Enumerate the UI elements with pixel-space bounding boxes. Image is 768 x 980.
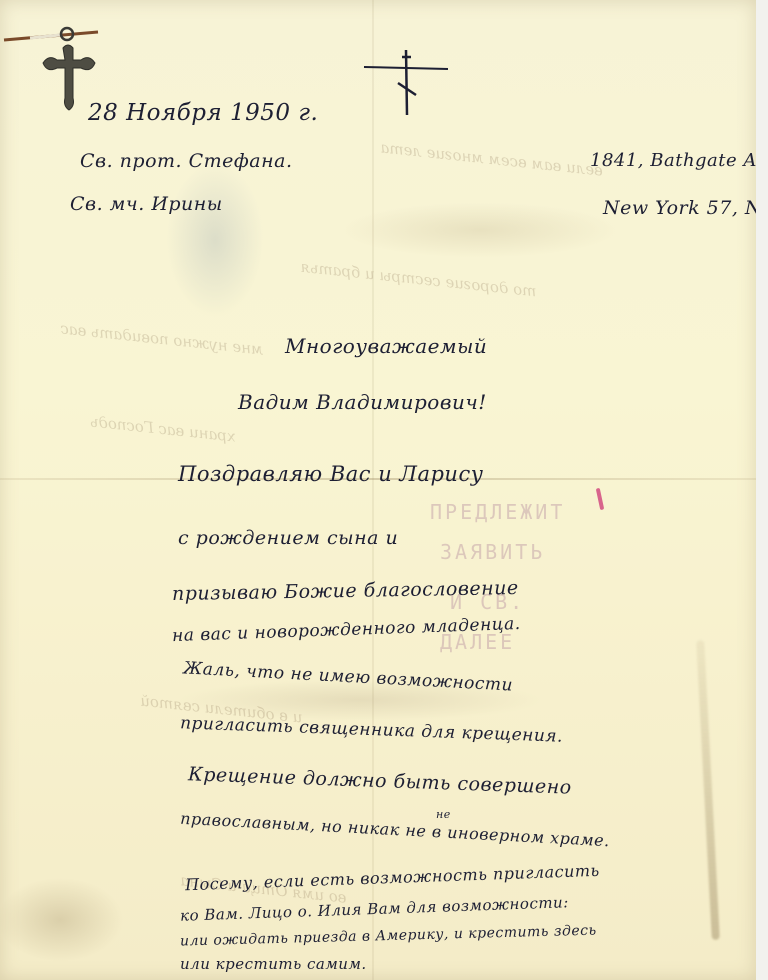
scan-edge [756,0,768,980]
feast-line-2: Св. мч. Ирины [70,193,223,215]
bleed-through-text: вели вам всем многие лета [380,138,604,179]
salutation-line-1: Многоуважаемый [285,334,487,358]
body-line: Крещение должно быть совершено [188,763,572,798]
feast-line-1: Св. прот. Стефана. [80,150,293,172]
salutation-line-2: Вадим Владимирович! [238,390,487,414]
body-line: или крестить самим. [180,955,367,973]
body-line: Посему, если есть возможность пригласить [185,861,600,894]
pink-ink-mark [596,488,604,510]
sender-address-line-1: 1841, Bathgate Ave [590,150,768,171]
body-line: православным, но никак не в иноверном хр… [180,809,610,850]
water-stain [696,640,720,940]
orthodox-cross-icon [360,45,455,125]
body-line: с рождением сына и [178,527,398,549]
letter-paper: вели вам всем многие лета то дорогие сес… [0,0,756,980]
faded-stamp: ПРЕДЛЕЖИТ [430,500,565,524]
body-line: ко Вам. Лицо о. Илия Вам для возможности… [180,893,569,925]
sender-address-line-2: New York 57, N.Y. [603,197,768,219]
letter-date: 28 Ноября 1950 г. [88,100,318,126]
insertion-mark: не [436,808,451,821]
body-line: Жаль, что не имею возможности [183,658,514,695]
body-line: Поздравляю Вас и Ларису [178,462,483,486]
bleed-through-text: храни вас Господь [89,412,236,445]
bleed-through-text: то дорогие сестры и братья [300,258,538,301]
faded-stamp: ЗАЯВИТЬ [440,540,545,564]
bleed-through-text: мне нужно повидать вас [60,319,265,358]
body-line: или ожидать приезда в Америку, и крестит… [180,923,597,950]
